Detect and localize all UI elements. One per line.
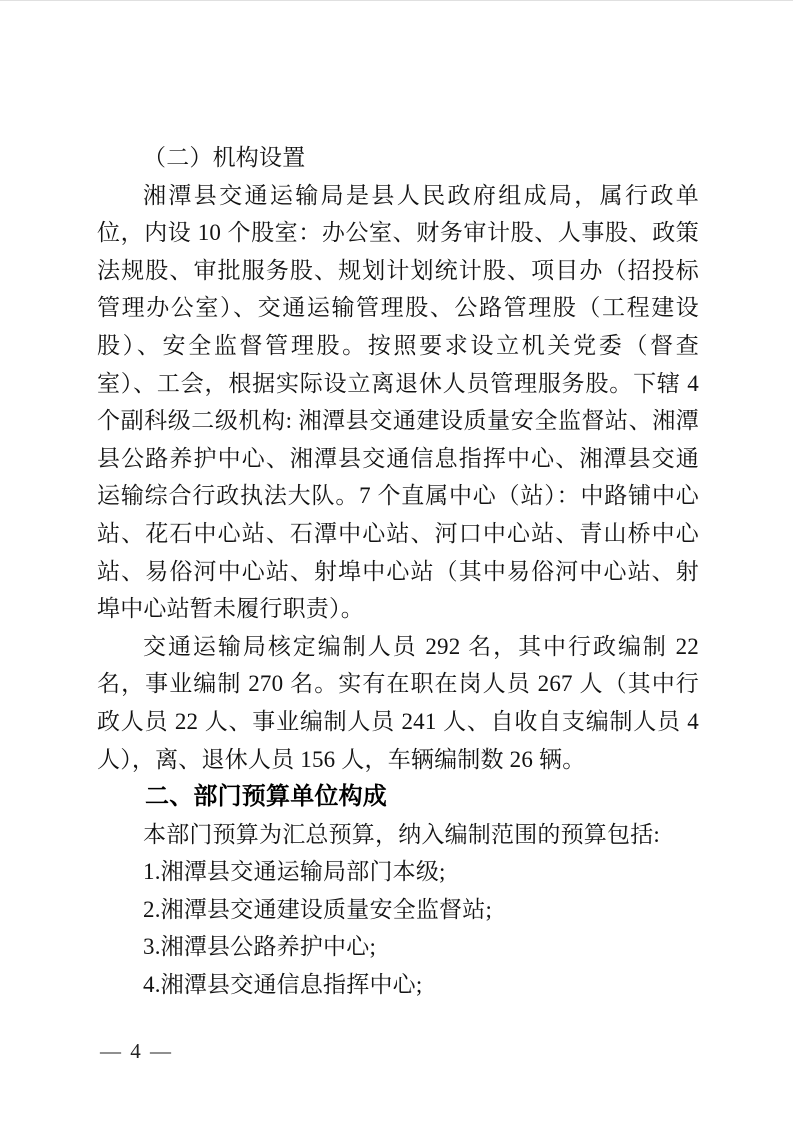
document-page: （二）机构设置 湘潭县交通运输局是县人民政府组成局，属行政单位，内设 10 个股… xyxy=(0,0,793,1123)
list-item-budget-unit-1: 1.湘潭县交通运输局部门本级; xyxy=(97,853,699,891)
list-item-budget-unit-3: 3.湘潭县公路养护中心; xyxy=(97,928,699,966)
paragraph-organization-structure: 湘潭县交通运输局是县人民政府组成局，属行政单位，内设 10 个股室：办公室、财务… xyxy=(97,177,699,628)
paragraph-budget-intro: 本部门预算为汇总预算，纳入编制范围的预算包括: xyxy=(97,816,699,854)
paragraph-staffing-figures: 交通运输局核定编制人员 292 名，其中行政编制 22 名，事业编制 270 名… xyxy=(97,628,699,778)
section-heading-organization: （二）机构设置 xyxy=(97,139,699,177)
page-number: — 4 — xyxy=(100,1039,173,1064)
list-item-budget-unit-2: 2.湘潭县交通建设质量安全监督站; xyxy=(97,891,699,929)
list-item-budget-unit-4: 4.湘潭县交通信息指挥中心; xyxy=(97,966,699,1004)
section-heading-budget-units: 二、部门预算单位构成 xyxy=(97,778,699,816)
document-body: （二）机构设置 湘潭县交通运输局是县人民政府组成局，属行政单位，内设 10 个股… xyxy=(97,139,699,1004)
budget-unit-list: 1.湘潭县交通运输局部门本级; 2.湘潭县交通建设质量安全监督站; 3.湘潭县公… xyxy=(97,853,699,1003)
